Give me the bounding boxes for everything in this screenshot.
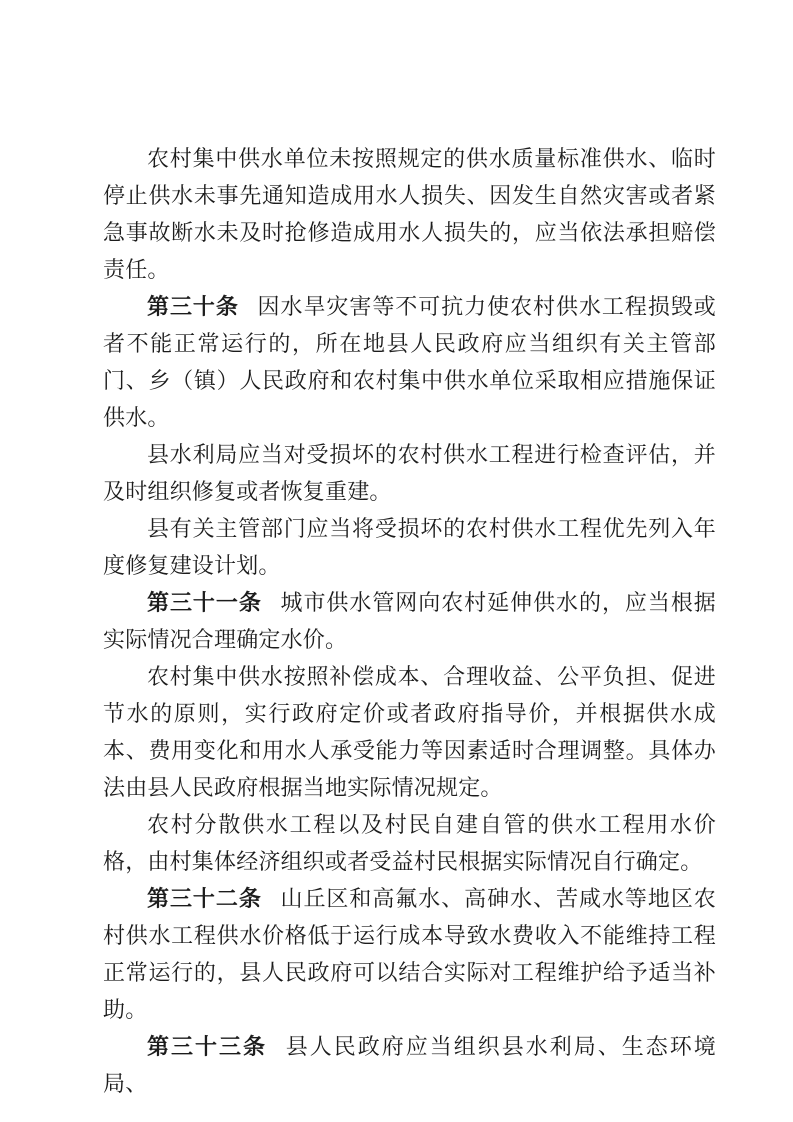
paragraph-text: 农村集中供水单位未按照规定的供水质量标准供水、临时停止供水未事先通知造成用水人损… bbox=[103, 147, 716, 283]
paragraph-liability: 农村集中供水单位未按照规定的供水质量标准供水、临时停止供水未事先通知造成用水人损… bbox=[103, 141, 716, 289]
document-page: 农村集中供水单位未按照规定的供水质量标准供水、临时停止供水未事先通知造成用水人损… bbox=[0, 0, 793, 1122]
article-30-number: 第三十条 bbox=[147, 295, 239, 320]
paragraph-text: 农村集中供水按照补偿成本、合理收益、公平负担、促进节水的原则，实行政府定价或者政… bbox=[103, 665, 716, 801]
paragraph-article-31: 第三十一条城市供水管网向农村延伸供水的，应当根据实际情况合理确定水价。 bbox=[103, 585, 716, 659]
paragraph-text: 县有关主管部门应当将受损坏的农村供水工程优先列入年度修复建设计划。 bbox=[103, 517, 716, 579]
paragraph-pricing-principles: 农村集中供水按照补偿成本、合理收益、公平负担、促进节水的原则，实行政府定价或者政… bbox=[103, 659, 716, 807]
paragraph-article-33: 第三十三条县人民政府应当组织县水利局、生态环境局、 bbox=[103, 1029, 716, 1103]
paragraph-repair-plan: 县有关主管部门应当将受损坏的农村供水工程优先列入年度修复建设计划。 bbox=[103, 511, 716, 585]
document-body: 农村集中供水单位未按照规定的供水质量标准供水、临时停止供水未事先通知造成用水人损… bbox=[103, 141, 716, 1103]
paragraph-decentralized-pricing: 农村分散供水工程以及村民自建自管的供水工程用水价格，由村集体经济组织或者受益村民… bbox=[103, 807, 716, 881]
paragraph-article-32: 第三十二条山丘区和高氟水、高砷水、苦咸水等地区农村供水工程供水价格低于运行成本导… bbox=[103, 881, 716, 1029]
paragraph-inspection: 县水利局应当对受损坏的农村供水工程进行检查评估，并及时组织修复或者恢复重建。 bbox=[103, 437, 716, 511]
article-32-number: 第三十二条 bbox=[147, 887, 262, 912]
paragraph-text: 县水利局应当对受损坏的农村供水工程进行检查评估，并及时组织修复或者恢复重建。 bbox=[103, 443, 716, 505]
article-31-number: 第三十一条 bbox=[147, 591, 262, 616]
paragraph-text: 农村分散供水工程以及村民自建自管的供水工程用水价格，由村集体经济组织或者受益村民… bbox=[103, 813, 716, 875]
paragraph-article-30: 第三十条因水旱灾害等不可抗力使农村供水工程损毁或者不能正常运行的，所在地县人民政… bbox=[103, 289, 716, 437]
article-33-number: 第三十三条 bbox=[147, 1035, 267, 1060]
